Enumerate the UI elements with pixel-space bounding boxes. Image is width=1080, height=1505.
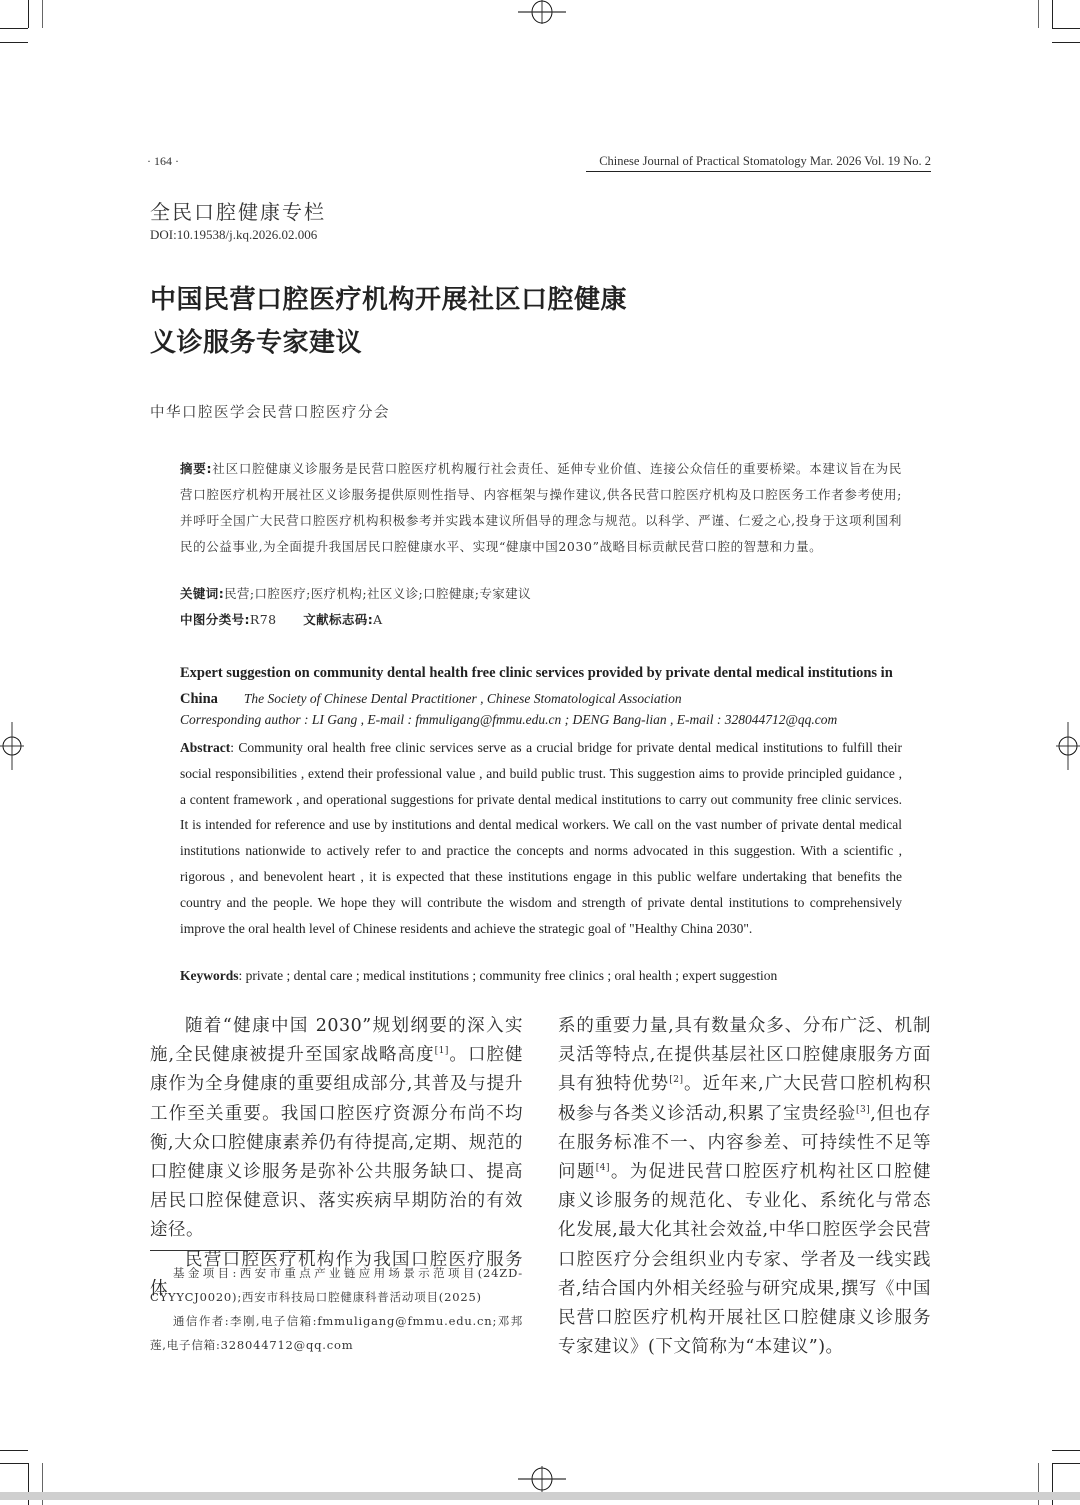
doc-code-value: A [373,612,382,627]
keywords-label: 关键词: [180,586,224,601]
citation-4[interactable]: [4] [596,1163,610,1173]
column-title: 全民口腔健康专栏 [150,196,326,225]
crop-mark [1052,42,1080,43]
crop-mark [0,42,28,43]
classification-line: 中图分类号:R78 文献标志码:A [180,610,383,628]
english-keywords-text: : private ; dental care ; medical instit… [239,968,778,983]
running-header-journal: Chinese Journal of Practical Stomatology… [586,154,931,172]
crop-mark [1052,0,1053,28]
crop-mark [1052,1463,1080,1464]
clc-label: 中图分类号: [180,612,250,627]
crop-mark [1052,28,1080,29]
registration-mark-icon [518,1466,566,1492]
crop-mark [1052,1450,1080,1451]
footnotes: 基金项目:西安市重点产业链应用场景示范项目(24ZD-CYYYCJ0020);西… [150,1261,523,1357]
paragraph: 系的重要力量,具有数量众多、分布广泛、机制灵活等特点,在提供基层社区口腔健康服务… [558,1012,931,1362]
author-organization: 中华口腔医学会民营口腔医疗分会 [150,401,390,422]
citation-3[interactable]: [3] [856,1105,870,1115]
footnote-divider [150,1250,315,1251]
crop-mark [0,1450,28,1451]
article-title: 中国民营口腔医疗机构开展社区口腔健康 义诊服务专家建议 [150,279,627,365]
body-column-right: 系的重要力量,具有数量众多、分布广泛、机制灵活等特点,在提供基层社区口腔健康服务… [558,1012,931,1362]
english-corresponding-author: Corresponding author : LI Gang , E-mail … [180,712,902,728]
english-abstract-label: Abstract [180,740,230,755]
paragraph: 随着“健康中国 2030”规划纲要的深入实施,全民健康被提升至国家战略高度[1]… [150,1012,523,1246]
crop-mark [0,28,28,29]
crop-mark [42,0,43,28]
doi: DOI:10.19538/j.kq.2026.02.006 [150,227,317,243]
bottom-gray-bar [0,1492,1080,1500]
crop-mark [28,0,29,28]
citation-1[interactable]: [1] [435,1046,449,1056]
english-keywords: Keywords: private ; dental care ; medica… [180,968,902,984]
footnote-corresponding: 通信作者:李刚,电子信箱:fmmuligang@fmmu.edu.cn;邓邦莲,… [150,1309,523,1357]
registration-mark-icon [0,720,24,772]
chinese-keywords: 关键词:民营;口腔医疗;医疗机构;社区义诊;口腔健康;专家建议 [180,584,531,602]
footnote-fund: 基金项目:西安市重点产业链应用场景示范项目(24ZD-CYYYCJ0020);西… [150,1261,523,1309]
chinese-abstract: 摘要:社区口腔健康义诊服务是民营口腔医疗机构履行社会责任、延伸专业价值、连接公众… [180,456,902,560]
english-authors: The Society of Chinese Dental Practition… [244,691,682,706]
english-abstract-text: : Community oral health free clinic serv… [180,740,902,936]
english-keywords-label: Keywords [180,968,239,983]
doc-code-label: 文献标志码: [303,612,373,627]
title-line-1: 中国民营口腔医疗机构开展社区口腔健康 [150,279,627,322]
keywords-text: 民营;口腔医疗;医疗机构;社区义诊;口腔健康;专家建议 [224,586,531,601]
crop-mark [1038,0,1039,28]
citation-2[interactable]: [2] [669,1075,683,1085]
title-line-2: 义诊服务专家建议 [150,322,627,365]
clc-value: R78 [250,612,277,627]
abstract-text: 社区口腔健康义诊服务是民营口腔医疗机构履行社会责任、延伸专业价值、连接公众信任的… [180,461,902,554]
registration-mark-icon [1056,720,1080,772]
crop-mark [0,1463,28,1464]
registration-mark-icon [518,0,566,26]
english-title: Expert suggestion on community dental he… [180,660,902,712]
abstract-label: 摘要: [180,461,212,476]
english-abstract: Abstract: Community oral health free cli… [180,735,902,941]
page-number: · 164 · [147,154,179,169]
